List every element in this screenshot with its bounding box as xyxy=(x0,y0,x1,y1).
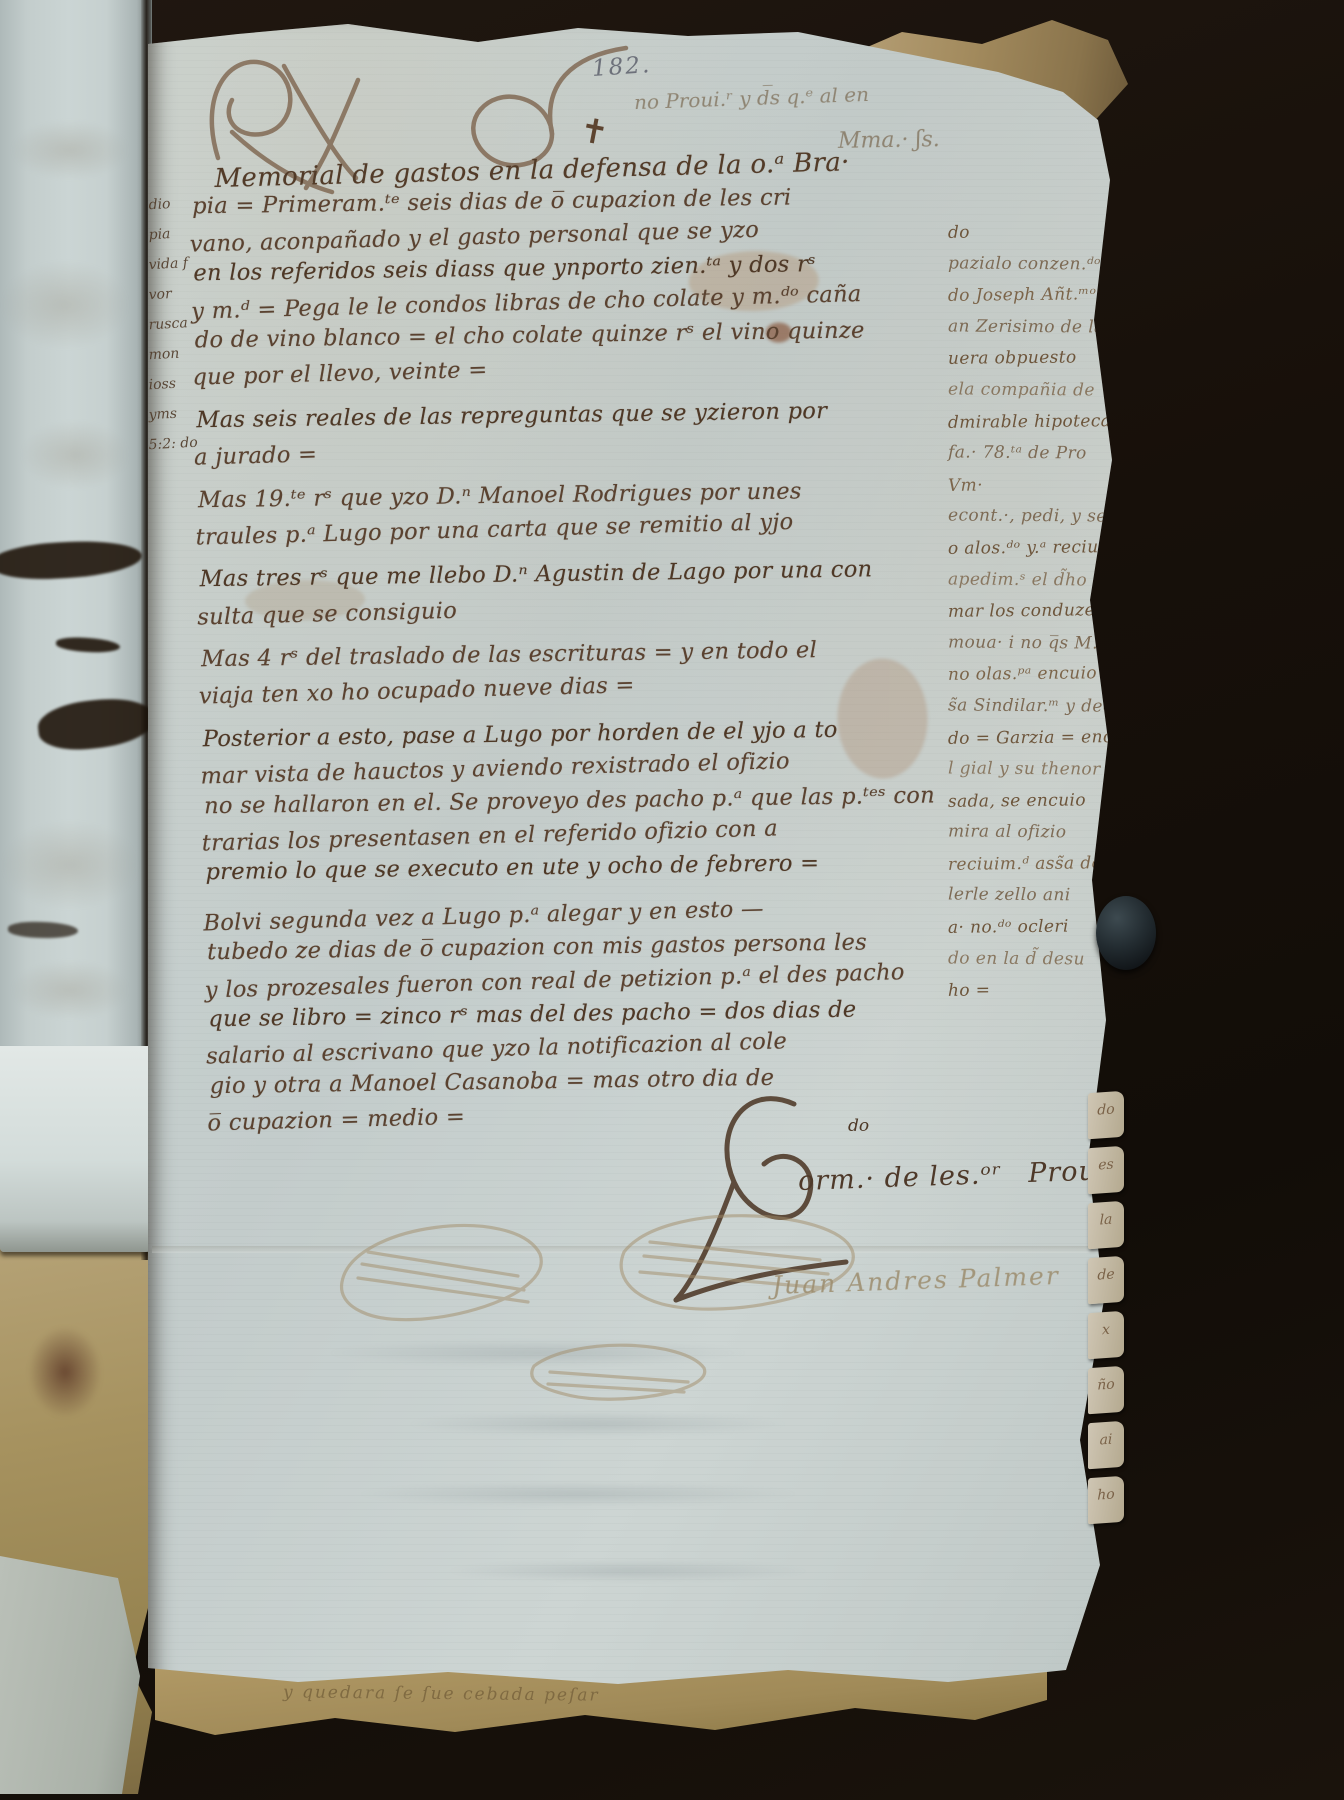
underlying-fragment: moua· i no q̅s M., xyxy=(948,632,1108,665)
underlying-fragment: fa.· 78.ᵗᵃ de Pro xyxy=(948,443,1108,476)
underlying-fragment: lerle zello ani xyxy=(948,885,1108,918)
underlying-fragment: mar los conduze xyxy=(948,600,1108,633)
underlying-fragment: do = Garzia = encu xyxy=(948,727,1108,760)
binding-knob xyxy=(1096,896,1156,970)
underlying-fragment: econt.·, pedi, y se xyxy=(948,506,1108,539)
edge-fragment: es xyxy=(1088,1146,1124,1195)
archive-photo: y quedara ſe ſue cebada peſar 182. no Pr… xyxy=(0,0,1344,1800)
underlying-fragment: no olas.ᵖᵃ encuio xyxy=(948,663,1108,696)
margin-fragment: vor xyxy=(148,285,196,317)
memorial-sheet: ✝ Memorial de gastos en la defensa de la… xyxy=(165,97,968,1254)
underlying-fragment: ho = xyxy=(948,979,1108,1012)
underlying-fragment: reciuim.ᵈ ass̃a do xyxy=(948,853,1108,886)
edge-fragment: ho xyxy=(1088,1476,1124,1525)
ghost-streak xyxy=(0,820,140,910)
ghost-streak xyxy=(10,960,130,1020)
underlying-fragment: a· no.ᵈᵒ ocleri xyxy=(948,916,1108,949)
margin-fragment: 5:2: do xyxy=(148,435,196,467)
right-edge-fragments: doesladexñoaiho xyxy=(1088,1092,1134,1532)
bleed-through xyxy=(448,1560,808,1582)
edge-fragment: ai xyxy=(1088,1421,1124,1470)
underlying-fragment: do Joseph Añt.ᵐᵒ Gr.ᵃˢ xyxy=(948,284,1108,317)
page-curl xyxy=(0,1046,168,1252)
underlying-fragment: do xyxy=(948,221,1108,254)
margin-fragment: mon xyxy=(148,345,196,377)
edge-fragment: do xyxy=(1088,1091,1124,1140)
margin-fragment: pia xyxy=(148,225,196,257)
underlying-fragment: sada, se encuio xyxy=(948,790,1108,823)
underlying-fragment: dmirable hipoteca xyxy=(948,411,1108,444)
margin-fragment: vida f xyxy=(148,255,196,287)
edge-fragment: ño xyxy=(1088,1366,1124,1415)
bleed-through xyxy=(358,1482,798,1506)
heading-cross: ✝ xyxy=(576,110,612,155)
underlying-text-column: dopazialo conzen.ᵈᵒdo Joseph Añt.ᵐᵒ Gr.ᵃ… xyxy=(948,222,1108,1012)
underlying-fragment: ela compañia de xyxy=(948,379,1108,412)
ink-blot xyxy=(0,538,143,582)
underlying-fragment: o alos.ᵈᵒ y.ᵃ reciuir xyxy=(948,537,1108,570)
paper-stain xyxy=(28,1326,102,1418)
ink-blot xyxy=(56,636,121,654)
memorial-text: Memorial de gastos en la defensa de la o… xyxy=(188,147,954,1141)
margin-fragment: ioss xyxy=(148,375,196,407)
margin-fragments-column: diopiavida fvorruscamoniossyms5:2: do xyxy=(149,196,195,466)
ink-blot xyxy=(36,694,158,754)
underlying-fragment: Vm· xyxy=(948,474,1108,507)
margin-fragment: yms xyxy=(148,405,196,437)
underlying-fragment: uera obpuesto xyxy=(948,348,1108,381)
bottom-edge-line: y quedara ſe ſue cebada peſar xyxy=(283,1682,600,1705)
underlying-fragment: an Zerisimo de la xyxy=(948,316,1108,349)
edge-fragment: de xyxy=(1088,1256,1124,1305)
edge-fragment: x xyxy=(1088,1311,1124,1360)
underlying-fragment: do en la d̃ desu xyxy=(948,948,1108,981)
margin-fragment: rusca xyxy=(148,315,196,347)
ghost-streak xyxy=(0,260,130,350)
underlying-fragment: pazialo conzen.ᵈᵒ xyxy=(948,253,1108,286)
ghost-streak xyxy=(10,120,130,180)
underlying-fragment: l gial y su thenor xyxy=(948,759,1108,792)
underlying-fragment: s̃a Sindilar.ᵐ y decho xyxy=(948,695,1108,728)
ink-blot xyxy=(8,921,79,939)
ghost-streak xyxy=(20,420,130,490)
underlying-fragment: mira al ofizio xyxy=(948,822,1108,855)
underlying-fragment: apedim.ˢ el d̃ho 2e Pe xyxy=(948,569,1108,602)
edge-fragment: la xyxy=(1088,1201,1124,1250)
margin-fragment: dio xyxy=(148,195,196,227)
